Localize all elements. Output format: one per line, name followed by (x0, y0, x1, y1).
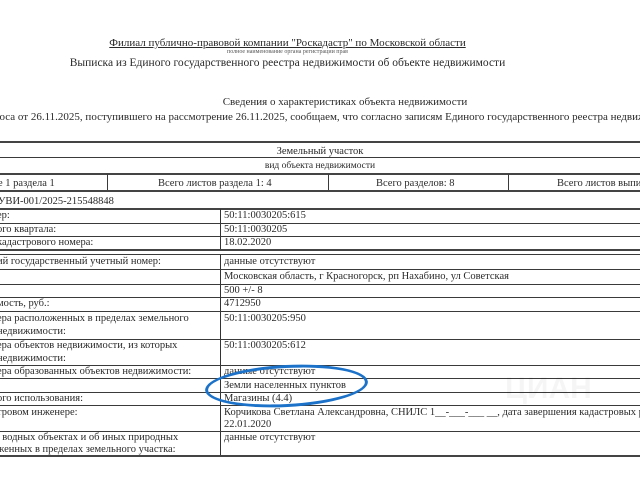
row-label: ий государственный учетный номер: (0, 256, 161, 267)
row-label: ер: (0, 210, 10, 221)
table-border (0, 190, 640, 192)
row-label: ого квартала: (0, 224, 56, 235)
table-divider (220, 255, 221, 455)
total-sheets-extract: Всего листов выписки: (557, 178, 640, 189)
cadastral-quarter: 50:11:0030205 (224, 224, 287, 235)
extract-page: Филиал публично-правовой компании "Роска… (0, 0, 640, 480)
row-label: , водных объектах и об иных природных (0, 432, 178, 443)
row-label: тровом инженере: (0, 407, 78, 418)
area: 500 +/- 8 (224, 285, 263, 296)
cadastral-number: 50:11:0030205:615 (224, 210, 306, 221)
watermark: ЦИАН (505, 372, 592, 406)
registration-number: УВИ-001/2025-215548848 (0, 196, 114, 207)
row-label: ера образованных объектов недвижимости: (0, 366, 191, 377)
sheet-number: е 1 раздела 1 (0, 178, 55, 189)
table-border (0, 208, 640, 210)
total-sheets-section: Всего листов раздела 1: 4 (158, 178, 272, 189)
table-border (0, 141, 640, 143)
row-label: мость, руб.: (0, 298, 50, 309)
table-border (0, 173, 640, 175)
row-label: ера расположенных в пределах земельного (0, 313, 189, 324)
table-border (0, 236, 640, 237)
table-border (0, 284, 640, 285)
object-type: Земельный участок (0, 146, 640, 157)
organization-name: Филиал публично-правовой компании "Роска… (0, 37, 575, 49)
table-border (0, 157, 640, 158)
row-label-line2: недвижимости: (0, 353, 66, 364)
table-border (0, 311, 640, 312)
source-objects: 50:11:0030205:612 (224, 340, 306, 351)
objects-within: 50:11:0030205:950 (224, 313, 306, 324)
table-border (0, 269, 640, 270)
row-label: кадастрового номера: (0, 237, 93, 248)
water-objects: данные отсутствуют (224, 432, 315, 443)
row-label: ого использования: (0, 393, 83, 404)
cadastral-engineer: Корчикова Светлана Александровна, СНИЛС … (224, 407, 640, 418)
table-border (0, 254, 640, 255)
table-divider (328, 174, 329, 190)
table-divider (220, 209, 221, 249)
total-sections: Всего разделов: 8 (376, 178, 454, 189)
works-completion-date: 22.01.2020 (224, 419, 271, 430)
table-border (0, 297, 640, 298)
document-title: Выписка из Единого государственного реес… (0, 57, 575, 69)
address: Московская область, г Красногорск, рп На… (224, 271, 509, 282)
object-type-caption: вид объекта недвижимости (0, 161, 640, 171)
section-title: Сведения о характеристиках объекта недви… (0, 96, 640, 108)
cadastral-value: 4712950 (224, 298, 261, 309)
table-divider (107, 174, 108, 190)
row-label-line2: женных в пределах земельного участка: (0, 444, 176, 455)
table-border (0, 455, 640, 457)
previous-number: данные отсутствуют (224, 256, 315, 267)
assignment-date: 18.02.2020 (224, 237, 271, 248)
request-line: роса от 26.11.2025, поступившего на расс… (0, 111, 640, 123)
table-divider (508, 174, 509, 190)
table-border (0, 223, 640, 224)
organization-caption: полное наименование органа регистрации п… (0, 49, 575, 55)
table-border (0, 249, 640, 251)
row-label-line2: недвижимости: (0, 326, 66, 337)
row-label: ера объектов недвижимости, из которых (0, 340, 177, 351)
